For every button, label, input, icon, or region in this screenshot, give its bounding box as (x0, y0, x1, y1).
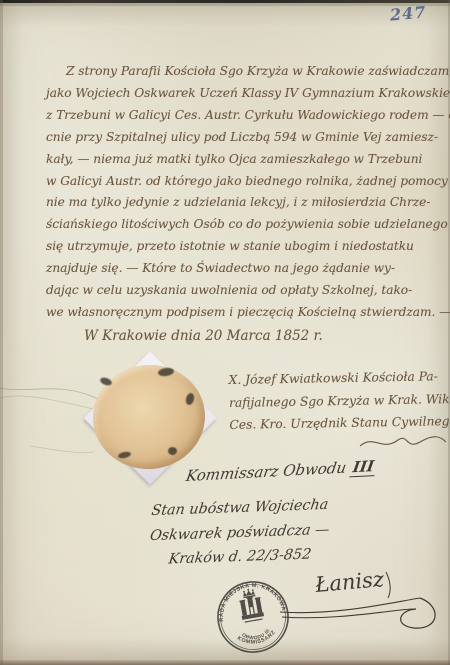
official-signature: Łanisz (266, 564, 448, 648)
city-gate-emblem-icon (237, 587, 264, 623)
signer-block: X. Józef Kwiatkowski Kościoła Pa- rafija… (228, 365, 450, 437)
signature-name: Łanisz (313, 567, 385, 597)
folio-number: 247 (389, 2, 427, 24)
manuscript-line: X. Józef Kwiatkowski Kościoła Pa- (228, 365, 450, 392)
signer-flourish (356, 430, 448, 454)
date-line: W Krakowie dnia 20 Marca 1852 r. (84, 328, 323, 344)
wax-speck (168, 447, 177, 455)
manuscript-line: Z strony Parafii Kościoła Sgo Krzyża w K… (46, 61, 450, 83)
manuscript-line: kały, — niema już matki tylko Ojca zamie… (46, 149, 450, 171)
manuscript-line: we własnoręcznym podpisem i pieczęcią Ko… (46, 302, 450, 324)
manuscript-line: się utrzymuje, przeto istotnie w stanie … (46, 236, 450, 258)
scan-top-edge-shadow (0, 3, 450, 6)
note-heading: Kommissarz Obwodu III (185, 457, 378, 485)
manuscript-line: dając w celu uzyskania uwolnienia od opł… (46, 280, 450, 302)
scanned-document-page: 247 Z strony Parafii Kościoła Sgo Krzyża… (0, 0, 450, 665)
manuscript-line: z Trzebuni w Galicyi Ces. Austr. Cyrkułu… (46, 105, 450, 127)
certificate-body: Z strony Parafii Kościoła Sgo Krzyża w K… (46, 61, 450, 324)
manuscript-line: w Galicyi Austr. od którego jako biedneg… (46, 171, 450, 193)
manuscript-line: ściańskiego litościwych Osób co do pożyw… (46, 214, 450, 236)
note-heading-numeral: III (349, 457, 377, 477)
manuscript-line: nie ma tylko jedynie z udzielania lekcyj… (46, 192, 450, 214)
scan-left-edge (0, 0, 3, 665)
manuscript-line: jako Wojciech Oskwarek Uczeń Klassy IV G… (46, 83, 450, 105)
note-heading-text: Kommissarz Obwodu (185, 458, 353, 485)
manuscript-line: cnie przy Szpitalnej ulicy pod Liczbą 59… (46, 127, 450, 149)
official-note: Stan ubóstwa Wojciecha Oskwarek poświadc… (143, 493, 335, 574)
manuscript-line: znajduje się. — Które to Świadectwo na j… (46, 258, 450, 280)
